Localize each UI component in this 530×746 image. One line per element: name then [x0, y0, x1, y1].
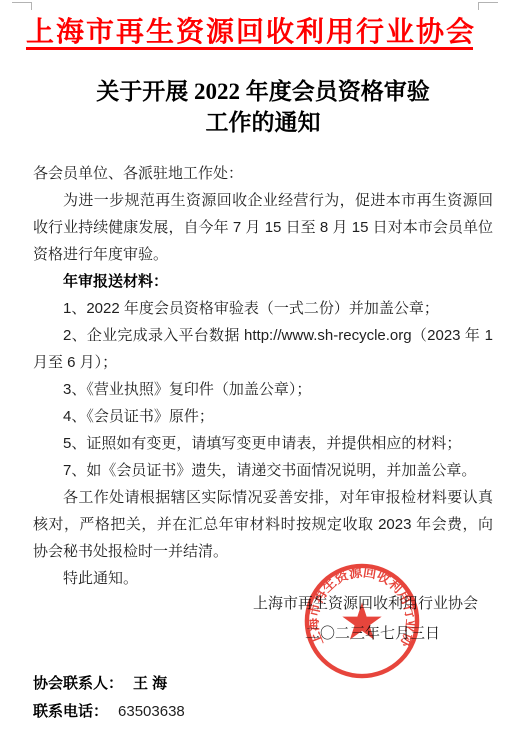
- document-body: 各会员单位、各派驻地工作处： 为进一步规范再生资源回收企业经营行为，促进本市再生…: [33, 160, 493, 592]
- materials-heading: 年审报送材料：: [33, 268, 493, 295]
- intro-paragraph: 为进一步规范再生资源回收企业经营行为，促进本市再生资源回收行业持续健康发展，自今…: [33, 187, 493, 268]
- notice-document-page: 上海市再生资源回收利用行业协会 关于开展 2022 年度会员资格审验 工作的通知…: [0, 0, 530, 746]
- contact-person-line: 协会联系人：王 海: [33, 670, 493, 698]
- salutation: 各会员单位、各派驻地工作处：: [33, 160, 493, 187]
- document-title: 关于开展 2022 年度会员资格审验 工作的通知: [33, 76, 493, 138]
- org-header-title: 上海市再生资源回收利用行业协会: [26, 10, 473, 50]
- official-seal-stamp: 上海市再生资源回收利用行业协会: [303, 562, 421, 680]
- signature-org-name: 上海市再生资源回收利用行业协会: [33, 592, 493, 613]
- contact-person-label: 协会联系人：: [33, 675, 123, 692]
- material-item-3: 3、《营业执照》复印件（加盖公章）；: [33, 376, 493, 403]
- stamp-star-icon: [342, 602, 381, 639]
- arrangement-paragraph: 各工作处请根据辖区实际情况妥善安排，对年审报检材料要认真核对，严格把关，并在汇总…: [33, 484, 493, 565]
- page-margin-crop-mark-right: [478, 2, 498, 10]
- contact-person-name: 王 海: [133, 675, 167, 692]
- closing-line: 特此通知。: [33, 565, 493, 592]
- material-item-1: 1、2022 年度会员资格审验表（一式二份）并加盖公章；: [33, 295, 493, 322]
- signature-date: 二〇二三年七月三日: [33, 622, 493, 643]
- page-margin-crop-mark-left: [12, 2, 32, 10]
- material-item-5: 5、证照如有变更，请填写变更申请表，并提供相应的材料；: [33, 430, 493, 457]
- contact-footer: 协会联系人：王 海 联系电话：63503638: [33, 670, 493, 726]
- material-item-7: 7、如《会员证书》遗失，请递交书面情况说明，并加盖公章。: [33, 457, 493, 484]
- contact-phone-number: 63503638: [118, 703, 185, 720]
- document-title-line1: 关于开展 2022 年度会员资格审验: [33, 76, 493, 107]
- material-item-4: 4、《会员证书》原件；: [33, 403, 493, 430]
- contact-phone-line: 联系电话：63503638: [33, 698, 493, 726]
- header-red-rule: [26, 47, 473, 50]
- contact-phone-label: 联系电话：: [33, 703, 108, 720]
- material-item-2: 2、企业完成录入平台数据 http://www.sh-recycle.org（2…: [33, 322, 493, 376]
- document-title-line2: 工作的通知: [33, 107, 493, 138]
